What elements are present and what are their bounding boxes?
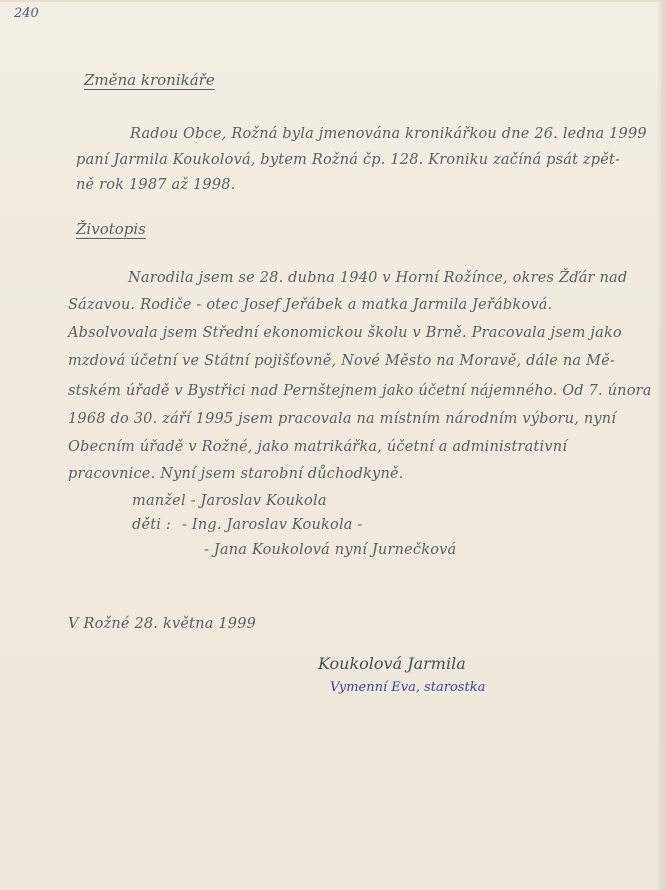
family-child: - Jana Koukolová nyní Jurnečková: [204, 542, 456, 558]
signature: Koukolová Jarmila: [318, 654, 466, 673]
text-line: Radou Obce, Rožná byla jmenována kroniká…: [130, 126, 647, 142]
text-line: mzdová účetní ve Státní pojišťovně, Nové…: [68, 353, 615, 369]
family-husband: manžel - Jaroslav Koukola: [132, 493, 327, 509]
heading-biography: Životopis: [76, 220, 146, 238]
chronicle-page: 240 Změna kronikáře Radou Obce, Rožná by…: [0, 0, 665, 890]
text-line: paní Jarmila Koukolová, bytem Rožná čp. …: [76, 152, 620, 168]
text-line: Obecním úřadě v Rožné, jako matrikářka, …: [68, 439, 567, 455]
text-line: Absolvovala jsem Střední ekonomickou ško…: [68, 325, 622, 341]
text-line: stském úřadě v Bystřici nad Pernštejnem …: [68, 383, 652, 399]
text-line: pracovnice. Nyní jsem starobní důchodkyn…: [68, 466, 404, 482]
text-line: ně rok 1987 až 1998.: [76, 177, 236, 193]
mayor-approval: Vymenní Eva, starostka: [330, 680, 485, 695]
family-children-label: děti :: [132, 517, 171, 533]
family-child: - Ing. Jaroslav Koukola -: [182, 517, 363, 533]
text-line: Narodila jsem se 28. dubna 1940 v Horní …: [128, 270, 627, 286]
heading-change-of-chronicler: Změna kronikáře: [84, 71, 215, 89]
text-line: Sázavou. Rodiče - otec Josef Jeřábek a m…: [68, 297, 552, 313]
place-and-date: V Rožné 28. května 1999: [68, 616, 256, 632]
page-number: 240: [14, 6, 39, 21]
text-line: 1968 do 30. září 1995 jsem pracovala na …: [68, 411, 616, 427]
